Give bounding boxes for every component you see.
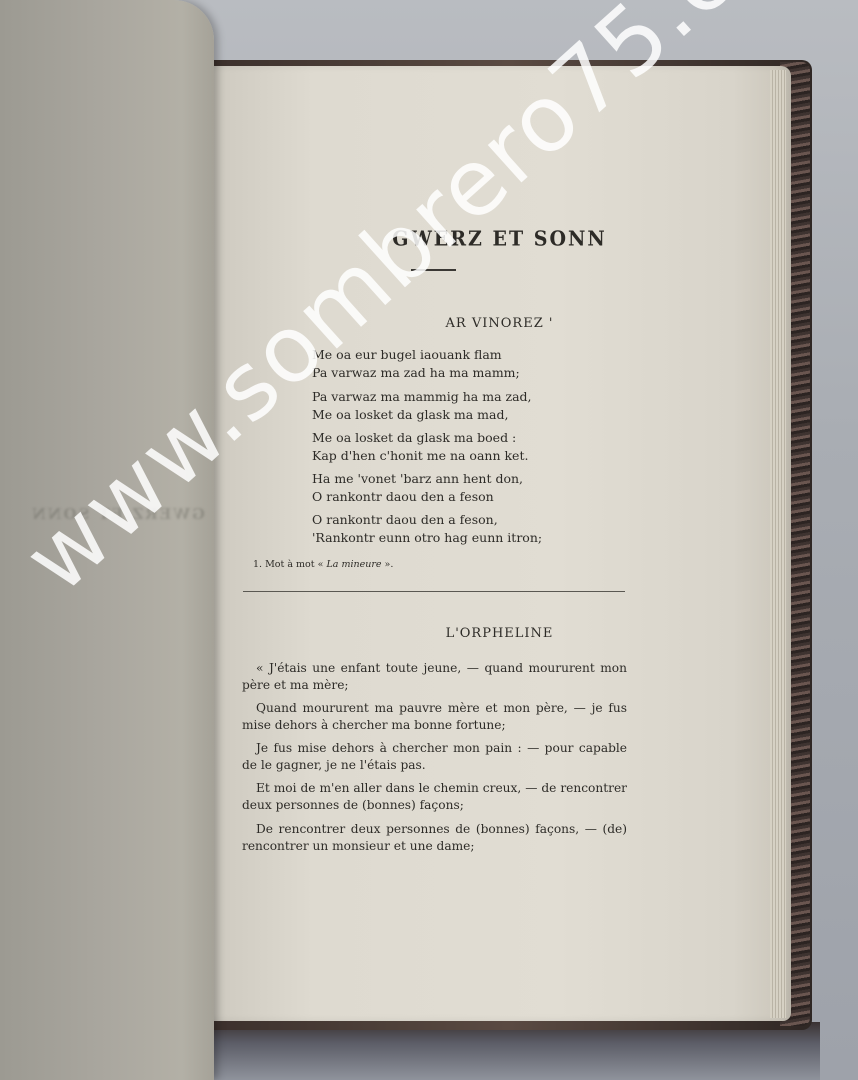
stanza-2: Pa varwaz ma mammig ha ma zad, Me oa los… (312, 388, 532, 424)
prose-title: L'ORPHELINE (208, 626, 791, 641)
page-edges (770, 70, 786, 1018)
footnote-prefix: 1. Mot à mot « (253, 559, 326, 570)
stanza-5: O rankontr daou den a feson, 'Rankontr e… (312, 511, 542, 547)
stanza-4: Ha me 'vonet 'barz ann hent don, O ranko… (312, 470, 523, 506)
verse-line: Me oa losket da glask ma boed : (312, 429, 528, 447)
verse-line: O rankontr daou den a feson (312, 488, 523, 506)
footnote-suffix: ». (382, 559, 394, 570)
verse-line: Me oa losket da glask ma mad, (312, 406, 532, 424)
verse-line: Kap d'hen c'honit me na oann ket. (312, 447, 528, 465)
footnote: 1. Mot à mot « La mineure ». (253, 559, 393, 570)
stanza-3: Me oa losket da glask ma boed : Kap d'he… (312, 429, 528, 465)
footnote-italic: La mineure (326, 559, 381, 570)
prose-paragraph: De rencontrer deux personnes de (bonnes)… (242, 821, 627, 855)
verse-line: Pa varwaz ma mammig ha ma zad, (312, 388, 532, 406)
prose-paragraph: Et moi de m'en aller dans le chemin creu… (242, 780, 627, 814)
verse-line: Ha me 'vonet 'barz ann hent don, (312, 470, 523, 488)
book-shadow (180, 1022, 820, 1080)
section-divider (243, 591, 625, 592)
verse-line: 'Rankontr eunn otro hag eunn itron; (312, 529, 542, 547)
prose-paragraph: Quand moururent ma pauvre mère et mon pè… (242, 700, 627, 734)
prose-paragraph: Je fus mise dehors à chercher mon pain :… (242, 740, 627, 774)
verse-line: O rankontr daou den a feson, (312, 511, 542, 529)
prose-paragraph: « J'étais une enfant toute jeune, — quan… (242, 660, 627, 694)
